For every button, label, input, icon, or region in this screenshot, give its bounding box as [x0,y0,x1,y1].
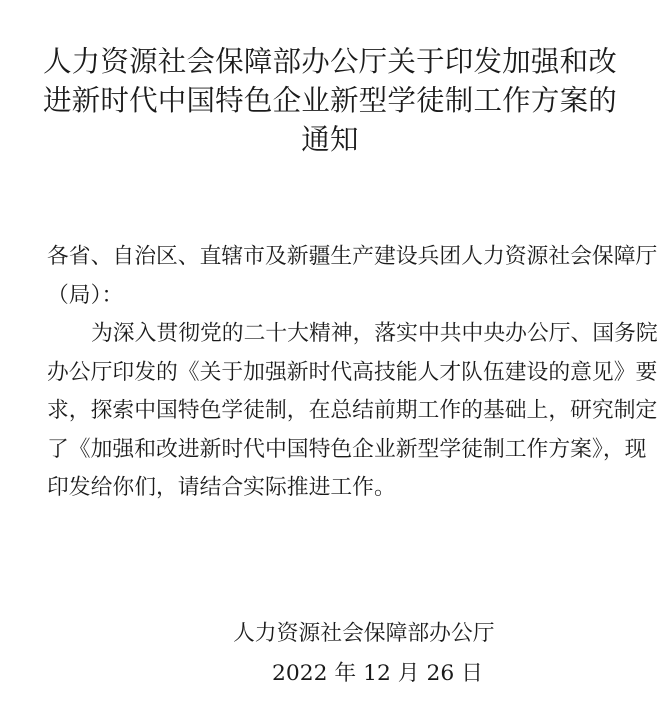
title-line-2: 进新时代中国特色企业新型学徒制工作方案的 [0,81,660,120]
body-line-4: 了《加强和改进新时代中国特色企业新型学徒制工作方案》，现 [47,431,619,470]
body-line-1: 为深入贯彻党的二十大精神，落实中共中央办公厅、国务院 [47,315,619,354]
addressee-line-1: 各省、自治区、直辖市及新疆生产建设兵团人力资源社会保障厅 [47,238,619,277]
title-line-3: 通知 [0,120,660,159]
addressee-line-2: （局）： [47,277,619,316]
title-line-1: 人力资源社会保障部办公厅关于印发加强和改 [0,42,660,81]
body-paragraph: 为深入贯彻党的二十大精神，落实中共中央办公厅、国务院 办公厅印发的《关于加强新时… [47,315,619,508]
issue-date: 2022 年 12 月 26 日 [272,660,483,688]
document-body: 各省、自治区、直辖市及新疆生产建设兵团人力资源社会保障厅 （局）： 为深入贯彻党… [47,238,619,508]
body-line-3: 求，探索中国特色学徒制，在总结前期工作的基础上，研究制定 [47,392,619,431]
body-line-2: 办公厅印发的《关于加强新时代高技能人才队伍建设的意见》要 [47,354,619,393]
issuer-signature: 人力资源社会保障部办公厅 [233,620,495,648]
addressee: 各省、自治区、直辖市及新疆生产建设兵团人力资源社会保障厅 （局）： [47,238,619,315]
document-title: 人力资源社会保障部办公厅关于印发加强和改 进新时代中国特色企业新型学徒制工作方案… [0,42,660,159]
body-line-5: 印发给你们，请结合实际推进工作。 [47,469,619,508]
